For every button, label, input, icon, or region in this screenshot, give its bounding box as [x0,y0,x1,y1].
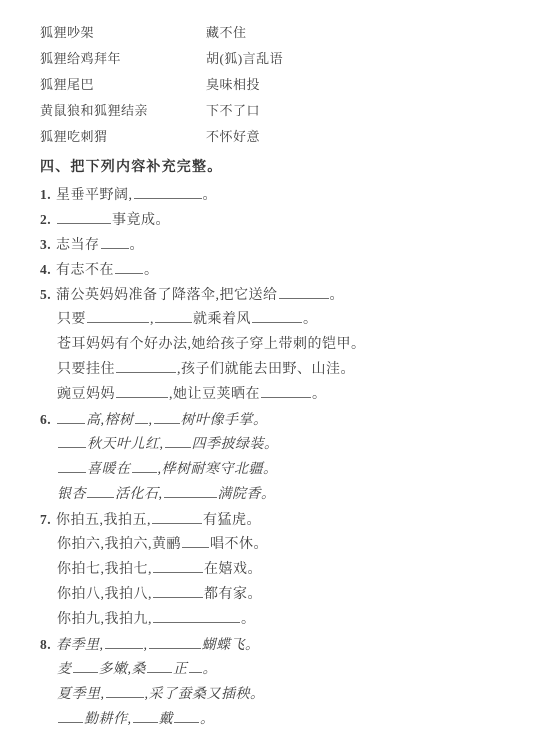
line-text: 。 [130,238,145,253]
fill-blank [147,668,172,673]
line-text: , [144,638,148,653]
line-text: 。 [312,387,327,402]
line-text: 勤耕作, [84,712,132,727]
line-text: 有猛虎。 [203,513,261,528]
fill-blank [152,519,202,524]
fill-blank [133,718,158,723]
fill-blank [57,219,111,224]
line-text: 事竟成。 [112,213,170,228]
fill-blank [182,543,209,548]
fill-blank [279,294,329,299]
match-pair-row: 黄鼠狼和狐狸结亲下不了口 [40,98,524,124]
match-left-text: 黄鼠狼和狐狸结亲 [40,98,206,124]
line-text: 你拍八,我拍八, [57,587,152,602]
item-line: 你拍八,我拍八,都有家。 [40,582,524,607]
line-text: 你拍五,我拍五, [56,513,151,528]
fill-blank [165,443,191,448]
fill-blank [153,593,203,598]
fill-blank [58,443,86,448]
line-text: 高,榕树 [86,413,134,428]
item-line: 夏季里,,采了蚕桑又插秧。 [40,682,524,707]
fill-blank [116,368,176,373]
line-text: 唱不休。 [210,537,268,552]
item-number: 7. [40,507,53,532]
match-left-text: 狐狸尾巴 [40,72,206,98]
match-pair-row: 狐狸吵架藏不住 [40,20,524,46]
line-text: 戴 [159,712,174,727]
line-text: 正 [173,662,188,677]
fill-blank [155,318,192,323]
line-text: 。 [144,263,159,278]
line-text: 。 [203,188,218,203]
line-text: 。 [241,612,256,627]
line-text: 蝴蝶飞。 [202,638,260,653]
line-text: 你拍七,我拍七, [57,562,152,577]
fill-blank [174,718,199,723]
line-text: 你拍六,我拍六,黄鹂 [57,537,181,552]
item-line: 8.春季里,,蝴蝶飞。 [40,632,524,657]
line-text: , [149,413,153,428]
matching-section: 狐狸吵架藏不住狐狸给鸡拜年胡(狐)言乱语狐狸尾巴臭味相投黄鼠狼和狐狸结亲下不了口… [40,20,524,150]
match-right-text: 下不了口 [206,98,260,124]
line-text: 春季里, [56,638,104,653]
fill-blank [154,419,180,424]
fill-blank [106,693,144,698]
fill-blank [153,618,240,623]
line-text: 星垂平野阔, [56,188,133,203]
item-line: 喜暖在,桦树耐寒守北疆。 [40,457,524,482]
line-text: 多嫩,桑 [99,662,147,677]
fill-blank [132,468,157,473]
fill-blank [101,244,129,249]
item-number: 3. [40,232,53,257]
item-line: 只要,就乘着风。 [40,307,524,332]
fill-blank [252,318,302,323]
line-text: 在嬉戏。 [204,562,262,577]
fill-blank [116,393,168,398]
fill-blank [153,568,203,573]
item-number: 2. [40,207,53,232]
match-left-text: 狐狸吃刺猬 [40,124,206,150]
line-text: 秋天叶儿红, [87,437,164,452]
item-line: 只要挂住,孩子们就能去田野、山洼。 [40,357,524,382]
fill-items: 1.星垂平野阔,。2.事竟成。3.志当存。4.有志不在。5.蒲公英妈妈准备了降落… [40,182,524,732]
line-text: 志当存 [56,238,100,253]
item-line: 你拍九,我拍九,。 [40,607,524,632]
line-text: 。 [203,662,218,677]
line-text: , [150,312,154,327]
match-right-text: 不怀好意 [206,124,260,150]
line-text: 豌豆妈妈 [57,387,115,402]
item-line: 麦多嫩,桑正。 [40,657,524,682]
line-text: ,采了蚕桑又插秧。 [145,687,265,702]
fill-blank [87,318,149,323]
item-line: 勤耕作,戴。 [40,707,524,732]
fill-blank [105,644,143,649]
fill-blank [73,668,98,673]
item-number: 6. [40,407,53,432]
line-text: 你拍九,我拍九, [57,612,152,627]
item-line: 秋天叶儿红,四季披绿装。 [40,432,524,457]
match-left-text: 狐狸给鸡拜年 [40,46,206,72]
item-line: 4.有志不在。 [40,257,524,282]
item-number: 5. [40,282,53,307]
match-left-text: 狐狸吵架 [40,20,206,46]
fill-blank [58,718,83,723]
line-text: ,孩子们就能去田野、山洼。 [177,362,355,377]
fill-blank [164,493,217,498]
fill-blank [189,668,202,673]
fill-blank [261,393,311,398]
match-pair-row: 狐狸吃刺猬不怀好意 [40,124,524,150]
line-text: 只要挂住 [57,362,115,377]
line-text: 只要 [57,312,86,327]
item-number: 1. [40,182,53,207]
item-line: 你拍七,我拍七,在嬉戏。 [40,557,524,582]
fill-blank [115,269,143,274]
section-title: 四、把下列内容补充完整。 [40,153,524,180]
item-line: 3.志当存。 [40,232,524,257]
line-text: 树叶像手掌。 [181,413,268,428]
item-line: 苍耳妈妈有个好办法,她给孩子穿上带刺的铠甲。 [40,332,524,357]
fill-blank [134,194,202,199]
item-line: 1.星垂平野阔,。 [40,182,524,207]
match-right-text: 臭味相投 [206,72,260,98]
match-right-text: 胡(狐)言乱语 [206,46,283,72]
line-text: 四季披绿装。 [192,437,279,452]
fill-blank [87,493,114,498]
item-line: 7.你拍五,我拍五,有猛虎。 [40,507,524,532]
line-text: ,她让豆荚晒在 [169,387,260,402]
line-text: 有志不在 [56,263,114,278]
item-number: 8. [40,632,53,657]
line-text: 苍耳妈妈有个好办法,她给孩子穿上带刺的铠甲。 [57,337,366,352]
match-pair-row: 狐狸尾巴臭味相投 [40,72,524,98]
line-text: 活化石, [115,487,163,502]
line-text: 。 [200,712,215,727]
fill-blank [135,419,148,424]
line-text: 喜暖在 [87,462,131,477]
item-line: 2.事竟成。 [40,207,524,232]
line-text: 夏季里, [57,687,105,702]
line-text: ,桦树耐寒守北疆。 [158,462,278,477]
fill-blank [57,419,85,424]
item-line: 6.高,榕树,树叶像手掌。 [40,407,524,432]
fill-blank [58,468,86,473]
match-pair-row: 狐狸给鸡拜年胡(狐)言乱语 [40,46,524,72]
line-text: 麦 [57,662,72,677]
line-text: 。 [330,288,345,303]
line-text: 满院香。 [218,487,276,502]
line-text: 就乘着风 [193,312,251,327]
worksheet-page: 狐狸吵架藏不住狐狸给鸡拜年胡(狐)言乱语狐狸尾巴臭味相投黄鼠狼和狐狸结亲下不了口… [0,0,544,738]
fill-blank [149,644,201,649]
line-text: 蒲公英妈妈准备了降落伞,把它送给 [56,288,278,303]
item-number: 4. [40,257,53,282]
item-line: 5.蒲公英妈妈准备了降落伞,把它送给。 [40,282,524,307]
line-text: 银杏 [57,487,86,502]
match-right-text: 藏不住 [206,20,247,46]
item-line: 豌豆妈妈,她让豆荚晒在。 [40,382,524,407]
item-line: 银杏活化石,满院香。 [40,482,524,507]
line-text: 都有家。 [204,587,262,602]
item-line: 你拍六,我拍六,黄鹂唱不休。 [40,532,524,557]
line-text: 。 [303,312,318,327]
